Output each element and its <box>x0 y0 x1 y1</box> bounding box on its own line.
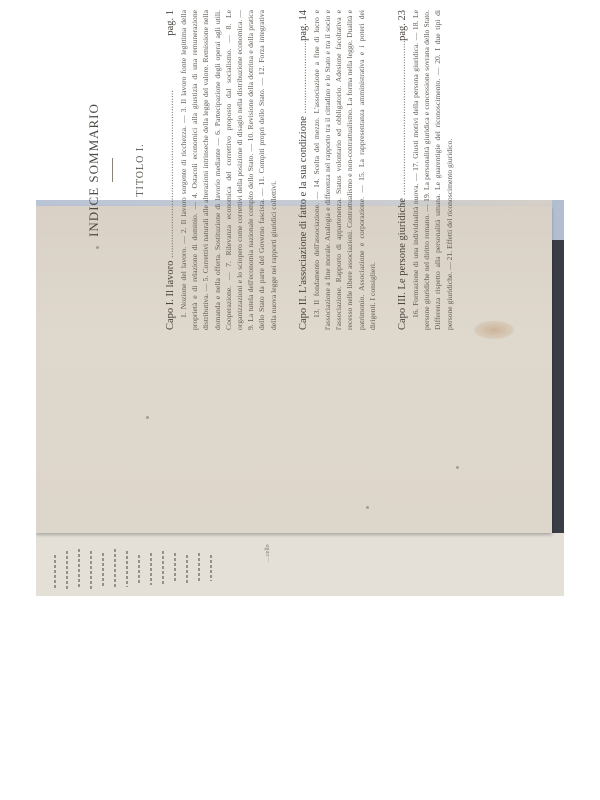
chapter-entry: Capo III. Le persone giuridiche pag. 23 … <box>396 10 455 330</box>
book-binding <box>552 240 564 540</box>
chapter-label: Capo III. Le persone giuridiche <box>396 41 409 330</box>
section-title: TITOLO I. <box>135 10 146 330</box>
facing-page-text <box>46 545 246 593</box>
page-heading: INDICE SOMMARIO <box>86 10 102 330</box>
chapter-label: Capo II. L'associazione di fatto e la su… <box>297 41 310 330</box>
chapter-summary: 1. Nozione del lavoro. — 2. Il lavoro so… <box>178 10 279 330</box>
paper-speck <box>366 506 369 509</box>
rotated-text-block: INDICE SOMMARIO TITOLO I. Capo I. Il lav… <box>8 10 508 330</box>
paper-speck <box>456 466 459 469</box>
facing-page-fragment: …cello <box>265 544 271 562</box>
chapter-summary: 13. Il fondamento dell'associazione. — 1… <box>311 10 378 330</box>
chapter-page-ref: pag. 14 <box>297 10 310 41</box>
chapter-page-ref: pag. 1 <box>164 10 177 36</box>
heading-rule <box>112 158 113 182</box>
chapter-page-ref: pag. 23 <box>396 10 409 41</box>
background-edge <box>552 200 564 240</box>
paper-speck <box>146 416 149 419</box>
chapter-summary: 16. Formazione di una individualità nuov… <box>410 10 455 330</box>
chapter-entry: Capo I. Il lavoro pag. 1 1. Nozione del … <box>164 10 279 330</box>
chapter-entry: Capo II. L'associazione di fatto e la su… <box>297 10 378 330</box>
chapter-label: Capo I. Il lavoro <box>164 36 177 330</box>
